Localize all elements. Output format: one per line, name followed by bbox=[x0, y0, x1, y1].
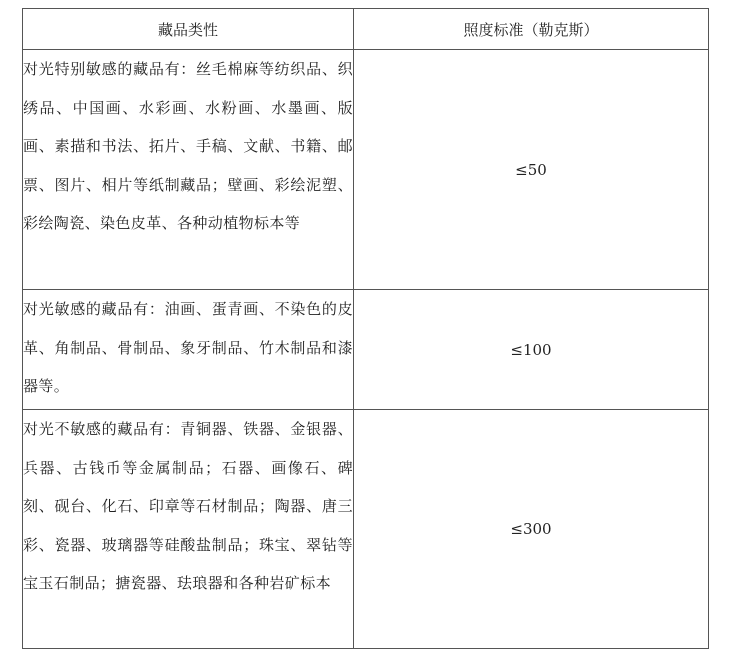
illuminance-cell: ≤50 bbox=[354, 50, 709, 290]
header-illuminance-standard: 照度标准（勒克斯） bbox=[354, 9, 709, 50]
table-row: 对光不敏感的藏品有：青铜器、铁器、金银器、兵器、古钱币等金属制品；石器、画像石、… bbox=[23, 410, 709, 649]
illuminance-cell: ≤300 bbox=[354, 410, 709, 649]
table-header-row: 藏品类性 照度标准（勒克斯） bbox=[23, 9, 709, 50]
illuminance-standard-table: 藏品类性 照度标准（勒克斯） 对光特别敏感的藏品有：丝毛棉麻等纺织品、织绣品、中… bbox=[22, 8, 709, 649]
category-cell: 对光敏感的藏品有：油画、蛋青画、不染色的皮革、角制品、骨制品、象牙制品、竹木制品… bbox=[23, 290, 354, 410]
header-collection-category: 藏品类性 bbox=[23, 9, 354, 50]
illuminance-cell: ≤100 bbox=[354, 290, 709, 410]
category-cell: 对光不敏感的藏品有：青铜器、铁器、金银器、兵器、古钱币等金属制品；石器、画像石、… bbox=[23, 410, 354, 649]
table-row: 对光敏感的藏品有：油画、蛋青画、不染色的皮革、角制品、骨制品、象牙制品、竹木制品… bbox=[23, 290, 709, 410]
category-cell: 对光特别敏感的藏品有：丝毛棉麻等纺织品、织绣品、中国画、水彩画、水粉画、水墨画、… bbox=[23, 50, 354, 290]
table-row: 对光特别敏感的藏品有：丝毛棉麻等纺织品、织绣品、中国画、水彩画、水粉画、水墨画、… bbox=[23, 50, 709, 290]
